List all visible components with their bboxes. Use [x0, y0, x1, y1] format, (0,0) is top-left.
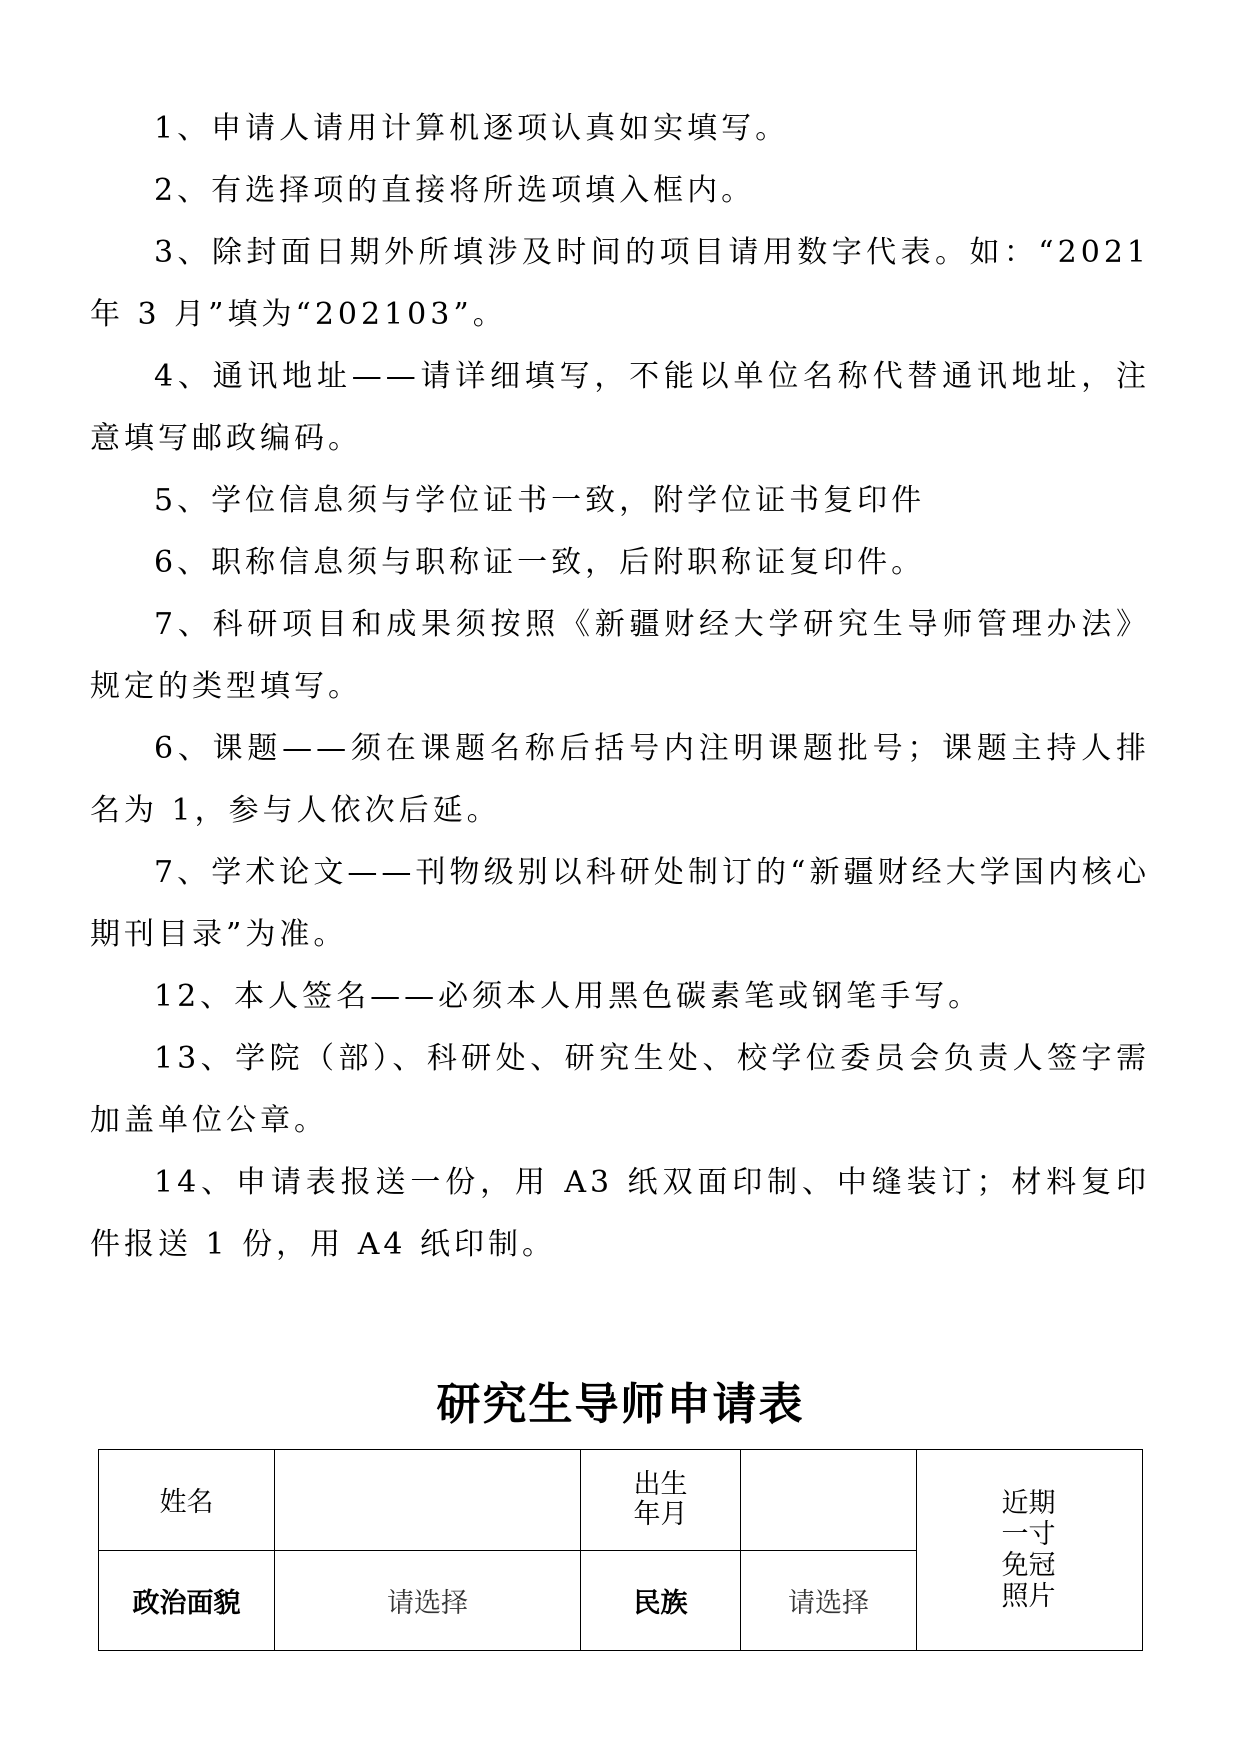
- instruction-2: 2、有选择项的直接将所选项填入框内。: [90, 160, 1150, 222]
- instruction-7: 7、科研项目和成果须按照《新疆财经大学研究生导师管理办法》规定的类型填写。: [90, 594, 1150, 718]
- instruction-4: 4、通讯地址——请详细填写，不能以单位名称代替通讯地址，注意填写邮政编码。: [90, 346, 1150, 470]
- application-form-table: 姓名 出生年月 近期一寸免冠照片 政治面貌 请选择 民族 请选择: [98, 1449, 1143, 1651]
- instruction-10: 12、本人签名——必须本人用黑色碳素笔或钢笔手写。: [90, 966, 1150, 1028]
- instruction-11: 13、学院（部）、科研处、研究生处、校学位委员会负责人签字需加盖单位公章。: [90, 1028, 1150, 1152]
- photo-placeholder[interactable]: 近期一寸免冠照片: [917, 1450, 1143, 1651]
- instruction-1: 1、申请人请用计算机逐项认真如实填写。: [90, 98, 1150, 160]
- birth-field[interactable]: [741, 1450, 917, 1551]
- instruction-5: 5、学位信息须与学位证书一致，附学位证书复印件: [90, 470, 1150, 532]
- instructions-section: 1、申请人请用计算机逐项认真如实填写。 2、有选择项的直接将所选项填入框内。 3…: [90, 98, 1150, 1276]
- political-select[interactable]: 请选择: [275, 1550, 581, 1651]
- instruction-8: 6、课题——须在课题名称后括号内注明课题批号；课题主持人排名为 1，参与人依次后…: [90, 718, 1150, 842]
- instruction-6: 6、职称信息须与职称证一致，后附职称证复印件。: [90, 532, 1150, 594]
- instruction-9: 7、学术论文——刊物级别以科研处制订的“新疆财经大学国内核心期刊目录”为准。: [90, 842, 1150, 966]
- name-field[interactable]: [275, 1450, 581, 1551]
- birth-label: 出生年月: [581, 1450, 741, 1551]
- form-title: 研究生导师申请表: [0, 1368, 1241, 1432]
- ethnicity-label: 民族: [581, 1550, 741, 1651]
- political-label: 政治面貌: [99, 1550, 275, 1651]
- instruction-3: 3、除封面日期外所填涉及时间的项目请用数字代表。如：“2021 年 3 月”填为…: [90, 222, 1150, 346]
- ethnicity-select[interactable]: 请选择: [741, 1550, 917, 1651]
- name-label: 姓名: [99, 1450, 275, 1551]
- instruction-12: 14、申请表报送一份，用 A3 纸双面印制、中缝装订；材料复印件报送 1 份，用…: [90, 1152, 1150, 1276]
